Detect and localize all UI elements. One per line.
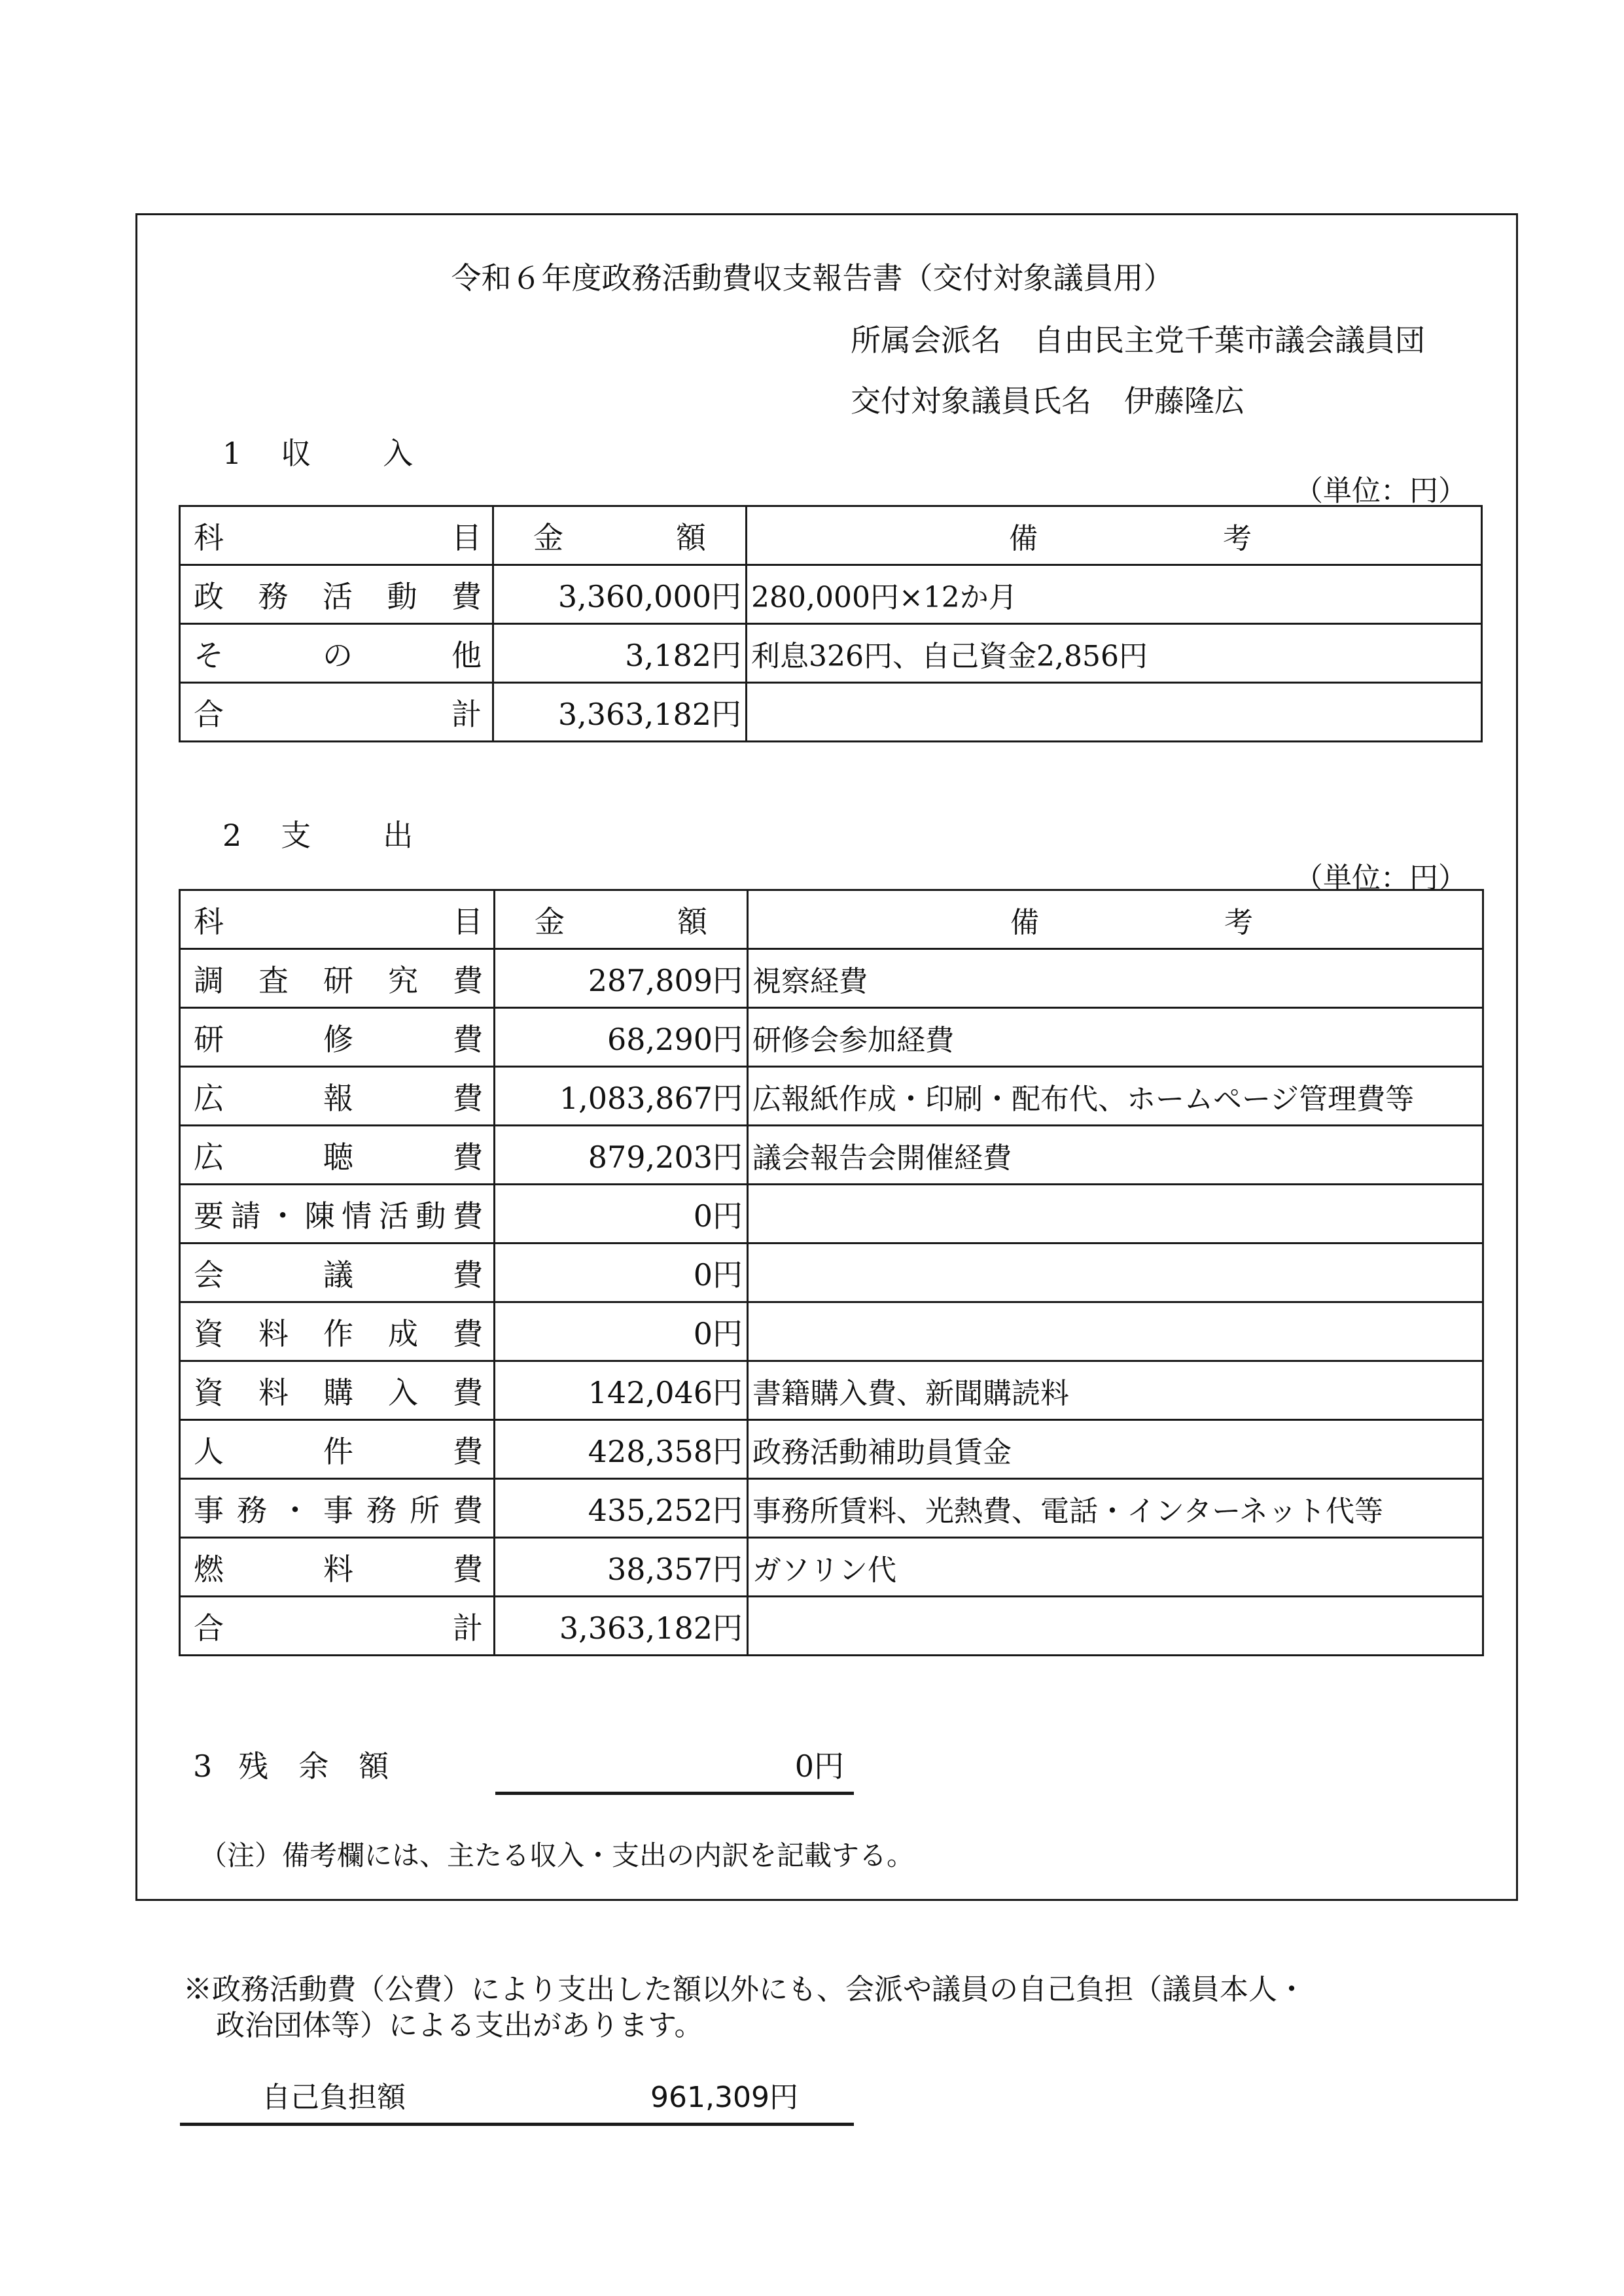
income-section-title-2: 入 (383, 430, 413, 473)
affiliation-label: 所属会派名 (851, 322, 1001, 358)
header-amount: 金額 (495, 890, 748, 949)
table-row: 人件費 428,358円 政務活動補助員賃金 (180, 1420, 1483, 1479)
row-subject: 会議費 (180, 1244, 495, 1302)
expense-section-heading: 2支出 (222, 812, 413, 855)
row-subject: その他 (180, 624, 493, 683)
row-remarks: 議会報告会開催経費 (748, 1126, 1483, 1185)
row-amount: 1,083,867円 (495, 1067, 748, 1126)
table-row: 調査研究費 287,809円 視察経費 (180, 949, 1483, 1008)
header-subject: 科目 (180, 890, 495, 949)
row-amount: 3,182円 (493, 624, 747, 683)
row-subject: 政務活動費 (180, 565, 493, 624)
table-row: 事務・事務所費 435,252円 事務所賃料、光熱費、電話・インターネット代等 (180, 1479, 1483, 1538)
table-row: 広聴費 879,203円 議会報告会開催経費 (180, 1126, 1483, 1185)
self-burden-value: 961,309円 (628, 2074, 798, 2115)
remainder-underline (495, 1792, 854, 1795)
row-subject: 事務・事務所費 (180, 1479, 495, 1538)
expense-header-row: 科目 金額 備考 (180, 890, 1483, 949)
row-amount: 0円 (495, 1244, 748, 1302)
table-row: 広報費 1,083,867円 広報紙作成・印刷・配布代、ホームページ管理費等 (180, 1067, 1483, 1126)
row-subject: 広報費 (180, 1067, 495, 1126)
row-remarks: 視察経費 (748, 949, 1483, 1008)
table-row: その他 3,182円 利息326円、自己資金2,856円 (180, 624, 1482, 683)
header-subject: 科目 (180, 506, 493, 565)
expense-section-title-2: 出 (383, 812, 413, 855)
income-section-number: 1 (222, 436, 241, 471)
member-label: 交付対象議員氏名 (851, 383, 1091, 419)
header-remarks: 備考 (747, 506, 1482, 565)
member-value: 伊藤隆広 (1124, 383, 1244, 419)
self-burden-label: 自己負担額 (262, 2074, 406, 2115)
row-amount: 38,357円 (495, 1538, 748, 1597)
row-remarks (748, 1597, 1483, 1656)
table-row-total: 合計 3,363,182円 (180, 1597, 1483, 1656)
row-amount: 68,290円 (495, 1008, 748, 1067)
remainder-section-number: 3 (193, 1748, 212, 1784)
expense-table: 科目 金額 備考 調査研究費 287,809円 視察経費 研修費 68,290円… (179, 889, 1484, 1656)
row-amount: 0円 (495, 1302, 748, 1361)
row-remarks: 書籍購入費、新聞購読料 (748, 1361, 1483, 1420)
report-title: 令和６年度政務活動費収支報告書（交付対象議員用） (121, 254, 1504, 298)
self-burden-underline (180, 2123, 854, 2126)
row-subject: 資料購入費 (180, 1361, 495, 1420)
header-amount: 金額 (493, 506, 747, 565)
table-note: （注）備考欄には、主たる収入・支出の内訳を記載する。 (200, 1834, 914, 1873)
row-remarks: 広報紙作成・印刷・配布代、ホームページ管理費等 (748, 1067, 1483, 1126)
row-remarks: 研修会参加経費 (748, 1008, 1483, 1067)
remainder-value: 0円 (713, 1743, 844, 1786)
row-subject: 研修費 (180, 1008, 495, 1067)
row-amount: 0円 (495, 1185, 748, 1244)
header-remarks: 備考 (748, 890, 1483, 949)
disclaimer-line-2: 政治団体等）による支出があります。 (216, 2002, 703, 2044)
row-subject: 人件費 (180, 1420, 495, 1479)
row-remarks (747, 683, 1482, 742)
row-amount: 3,363,182円 (495, 1597, 748, 1656)
income-section-title-1: 収 (281, 430, 311, 473)
row-remarks (748, 1185, 1483, 1244)
row-subject: 広聴費 (180, 1126, 495, 1185)
table-row: 燃料費 38,357円 ガソリン代 (180, 1538, 1483, 1597)
table-row: 政務活動費 3,360,000円 280,000円×12か月 (180, 565, 1482, 624)
row-subject: 燃料費 (180, 1538, 495, 1597)
row-remarks: 政務活動補助員賃金 (748, 1420, 1483, 1479)
row-subject: 資料作成費 (180, 1302, 495, 1361)
table-row: 資料購入費 142,046円 書籍購入費、新聞購読料 (180, 1361, 1483, 1420)
report-frame: 令和６年度政務活動費収支報告書（交付対象議員用） 所属会派名自由民主党千葉市議会… (135, 213, 1518, 1901)
row-amount: 3,360,000円 (493, 565, 747, 624)
remainder-label: 残 余 額 (238, 1743, 389, 1786)
row-subject: 要請・陳情活動費 (180, 1185, 495, 1244)
table-row: 研修費 68,290円 研修会参加経費 (180, 1008, 1483, 1067)
row-subject: 調査研究費 (180, 949, 495, 1008)
row-amount: 3,363,182円 (493, 683, 747, 742)
row-remarks (748, 1302, 1483, 1361)
expense-section-number: 2 (222, 818, 241, 853)
table-row-total: 合計 3,363,182円 (180, 683, 1482, 742)
row-remarks: 280,000円×12か月 (747, 565, 1482, 624)
row-subject: 合計 (180, 683, 493, 742)
row-amount: 142,046円 (495, 1361, 748, 1420)
income-section-heading: 1収入 (222, 430, 413, 473)
row-amount: 879,203円 (495, 1126, 748, 1185)
remainder-heading: 3残 余 額 (193, 1743, 389, 1786)
row-remarks (748, 1244, 1483, 1302)
row-amount: 428,358円 (495, 1420, 748, 1479)
row-remarks: 利息326円、自己資金2,856円 (747, 624, 1482, 683)
income-unit-label: （単位：円） (1294, 467, 1467, 509)
row-remarks: ガソリン代 (748, 1538, 1483, 1597)
table-row: 会議費 0円 (180, 1244, 1483, 1302)
expense-section-title-1: 支 (281, 812, 311, 855)
affiliation-value: 自由民主党千葉市議会議員団 (1034, 322, 1425, 358)
table-row: 資料作成費 0円 (180, 1302, 1483, 1361)
table-row: 要請・陳情活動費 0円 (180, 1185, 1483, 1244)
row-amount: 435,252円 (495, 1479, 748, 1538)
affiliation-line: 所属会派名自由民主党千葉市議会議員団 (851, 317, 1425, 360)
row-remarks: 事務所賃料、光熱費、電話・インターネット代等 (748, 1479, 1483, 1538)
member-line: 交付対象議員氏名伊藤隆広 (851, 377, 1244, 421)
row-subject: 合計 (180, 1597, 495, 1656)
income-header-row: 科目 金額 備考 (180, 506, 1482, 565)
row-amount: 287,809円 (495, 949, 748, 1008)
income-table: 科目 金額 備考 政務活動費 3,360,000円 280,000円×12か月 … (179, 505, 1483, 742)
